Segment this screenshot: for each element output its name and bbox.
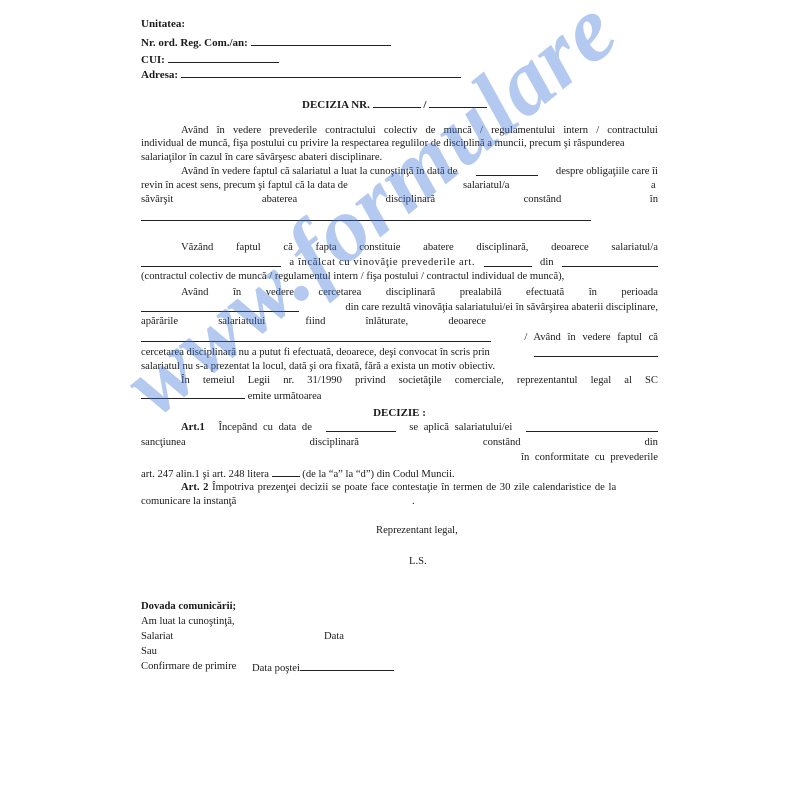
- word: vedere: [266, 286, 294, 299]
- para4-text-b: / Având în vedere faptul că: [524, 331, 658, 344]
- title-separator: /: [423, 99, 426, 111]
- title-label: DECIZIA NR.: [302, 99, 370, 111]
- post-date-field: Data poştei: [252, 660, 394, 675]
- word: disciplinară: [386, 286, 435, 299]
- para4-line1: Avândînvederecercetareadisciplinarăpreal…: [181, 286, 658, 299]
- decision-date-blank[interactable]: [429, 97, 487, 108]
- or-label: Sau: [141, 645, 157, 658]
- para2-employee-label: salariatul/a: [463, 179, 509, 192]
- para5-line1: ÎntemeiulLegiinr.31/1990privindsocietăţi…: [181, 374, 658, 387]
- cui-field: CUI:: [141, 52, 279, 67]
- para4-text-a: din care rezultă vinovăţia salariatului/…: [345, 301, 658, 314]
- para1-line1: Avândînvedereprevederilecontractuluicole…: [181, 124, 658, 137]
- art1-line1: Art.1 Începând cu data de se aplică sala…: [181, 421, 658, 434]
- para2-line2: revin în acest sens, precum şi faptul că…: [141, 179, 348, 192]
- art2-dot: .: [412, 495, 415, 508]
- para3-text-a: a încălcat cu vinovăţie prevederile art.: [289, 256, 475, 269]
- proof-heading: Dovada comunicării;: [141, 600, 236, 613]
- para4-line3: apărărilesalariatuluifiindînlăturate,deo…: [141, 315, 486, 328]
- regulation-blank[interactable]: [562, 256, 658, 267]
- article-number-blank[interactable]: [484, 256, 532, 267]
- word: salariatului: [218, 315, 265, 328]
- defense-rejection-reason-blank[interactable]: [141, 331, 491, 342]
- cui-blank[interactable]: [168, 52, 279, 63]
- para2-line3: săvârşitabatereadisciplinarăconstândîn: [141, 193, 658, 206]
- word: apărările: [141, 315, 178, 328]
- word: săvârşit: [141, 193, 173, 206]
- word: în: [589, 286, 597, 299]
- art2-line2: comunicare la instanţă: [141, 495, 236, 508]
- word: prealabilă: [460, 286, 502, 299]
- adresa-field: Adresa:: [141, 67, 461, 82]
- word: faptul: [236, 241, 261, 254]
- employee-signature-label: Salariat: [141, 630, 173, 643]
- art2-label: Art. 2: [181, 482, 208, 493]
- word: prevederile: [269, 124, 317, 137]
- word: regulamentului: [491, 124, 555, 137]
- nr-ord-blank[interactable]: [251, 35, 391, 46]
- acknowledgement-date-blank[interactable]: [476, 165, 538, 176]
- word: colectiv: [384, 124, 418, 137]
- summons-method-blank[interactable]: [534, 346, 658, 357]
- word: deoarece: [448, 315, 486, 328]
- para5-line2: emite următoarea: [141, 388, 321, 403]
- word: privind: [355, 374, 386, 387]
- word: disciplinară,: [476, 241, 528, 254]
- sanctioned-employee-blank[interactable]: [526, 421, 658, 432]
- sanction-start-date-blank[interactable]: [326, 421, 396, 432]
- art1-line3: în conformitate cu prevederile: [470, 451, 658, 464]
- word: în: [217, 124, 225, 137]
- unitatea-label: Unitatea:: [141, 18, 185, 30]
- para1-line3: salariaţilor în cazul în care săvârşesc …: [141, 151, 382, 164]
- post-date-label: Data poştei: [252, 663, 300, 674]
- para2-line4: [141, 210, 591, 225]
- art1-text-b: se aplică salariatului/ei: [409, 421, 512, 434]
- word: reprezentantul: [517, 374, 578, 387]
- cui-label: CUI:: [141, 54, 165, 66]
- company-name-blank[interactable]: [141, 388, 245, 399]
- word: contractului: [325, 124, 376, 137]
- art2-line1: Art. 2 Împotriva prezenţei decizii se po…: [181, 481, 658, 494]
- art1-label: Art.1: [181, 421, 205, 434]
- word: fiind: [305, 315, 325, 328]
- para3-text-b: din: [540, 256, 554, 269]
- word: vedere: [233, 124, 261, 137]
- para4-line2: din care rezultă vinovăţia salariatului/…: [141, 301, 658, 314]
- word: temeiul: [203, 374, 235, 387]
- art1-text-a: Începând cu data de: [218, 421, 311, 434]
- decision-document: Unitatea: Nr. ord. Reg. Com./an: CUI: Ad…: [0, 0, 800, 800]
- nr-ord-reg-com-field: Nr. ord. Reg. Com./an:: [141, 35, 391, 50]
- word: Având: [181, 286, 208, 299]
- word: muncă: [444, 124, 472, 137]
- para2-text-b: despre obligaţiile care îi: [556, 165, 658, 178]
- nr-ord-label: Nr. ord. Reg. Com./an:: [141, 37, 248, 49]
- para3-line2: a încălcat cu vinovăţie prevederile art.…: [141, 256, 658, 269]
- legal-representative-label: Reprezentant legal,: [376, 524, 458, 537]
- word: cercetarea: [318, 286, 361, 299]
- art1-line2: sancţiuneadisciplinarăconstânddin: [141, 436, 658, 449]
- para3-line3: (contractul colectiv de muncă / regulame…: [141, 270, 564, 283]
- word: legal: [591, 374, 612, 387]
- para4-line4: / Având în vedere faptul că: [141, 331, 658, 344]
- word: sancţiunea: [141, 436, 186, 449]
- art1-text-d: (de la “a” la “d”) din Codul Muncii.: [302, 469, 454, 480]
- unitatea-field: Unitatea:: [141, 18, 185, 31]
- para4-line6: salariatul nu s-a prezentat la locul, da…: [141, 360, 495, 373]
- para2-text-a: Având în vedere faptul că salariatul a l…: [181, 165, 457, 178]
- word: /: [596, 124, 599, 137]
- word: că: [283, 241, 292, 254]
- para2-a: a: [651, 179, 656, 192]
- word: disciplinară: [386, 193, 435, 206]
- word: nr.: [283, 374, 294, 387]
- art2-text: Împotriva prezenţei decizii se poate fac…: [212, 482, 616, 493]
- word: fapta: [315, 241, 336, 254]
- post-date-blank[interactable]: [300, 660, 394, 671]
- word: efectuată: [526, 286, 564, 299]
- word: în: [650, 193, 658, 206]
- word: din: [644, 436, 658, 449]
- document-title: DECIZIA NR. /: [302, 97, 487, 112]
- word: deoarece: [551, 241, 589, 254]
- word: /: [480, 124, 483, 137]
- acknowledged-label: Am luat la cunoştinţă,: [141, 615, 235, 628]
- word: comerciale,: [455, 374, 504, 387]
- para2-line1: Având în vedere faptul că salariatul a l…: [181, 165, 658, 178]
- word: în: [233, 286, 241, 299]
- decision-heading: DECIZIE :: [141, 407, 658, 420]
- word: societăţile: [399, 374, 442, 387]
- word: constând: [483, 436, 521, 449]
- offense-description-blank[interactable]: [141, 210, 591, 221]
- word: constituie: [359, 241, 400, 254]
- para4-text-c: cercetarea disciplinară nu a putut fi ef…: [141, 346, 490, 359]
- word: constând: [524, 193, 562, 206]
- word: salariatul/a: [611, 241, 657, 254]
- adresa-blank[interactable]: [181, 67, 461, 78]
- word: înlăturate,: [366, 315, 409, 328]
- word: abatere: [423, 241, 454, 254]
- stamp-label: L.S.: [409, 555, 427, 568]
- investigation-period-blank[interactable]: [141, 301, 299, 312]
- employee-name-blank[interactable]: [141, 256, 281, 267]
- word: abaterea: [262, 193, 297, 206]
- decision-number-blank[interactable]: [373, 97, 421, 108]
- word: perioada: [621, 286, 657, 299]
- word: de: [426, 124, 436, 137]
- word: Văzând: [181, 241, 213, 254]
- art1-text-c: art. 247 alin.1 şi art. 248 litera: [141, 469, 269, 480]
- word: Legii: [248, 374, 270, 387]
- para3-line1: Văzândfaptulcăfaptaconstituieabateredisc…: [181, 241, 658, 254]
- para4-line5: cercetarea disciplinară nu a putut fi ef…: [141, 346, 658, 359]
- word: contractului: [607, 124, 658, 137]
- word: În: [181, 374, 190, 387]
- word: disciplinară: [310, 436, 359, 449]
- word: intern: [563, 124, 588, 137]
- word: al: [624, 374, 632, 387]
- letter-blank[interactable]: [272, 466, 300, 477]
- receipt-confirmation-label: Confirmare de primire: [141, 660, 236, 673]
- word: 31/1990: [307, 374, 342, 387]
- para2-text-c: revin în acest sens, precum şi faptul că…: [141, 180, 348, 191]
- date-label: Data: [324, 630, 344, 643]
- para5-text: emite următoarea: [248, 391, 322, 402]
- word: Având: [181, 124, 208, 137]
- adresa-label: Adresa:: [141, 69, 178, 81]
- word: SC: [645, 374, 658, 387]
- art1-line4: art. 247 alin.1 şi art. 248 litera (de l…: [141, 466, 455, 481]
- para1-line2: individual de muncă, fişa postului cu pr…: [141, 137, 625, 150]
